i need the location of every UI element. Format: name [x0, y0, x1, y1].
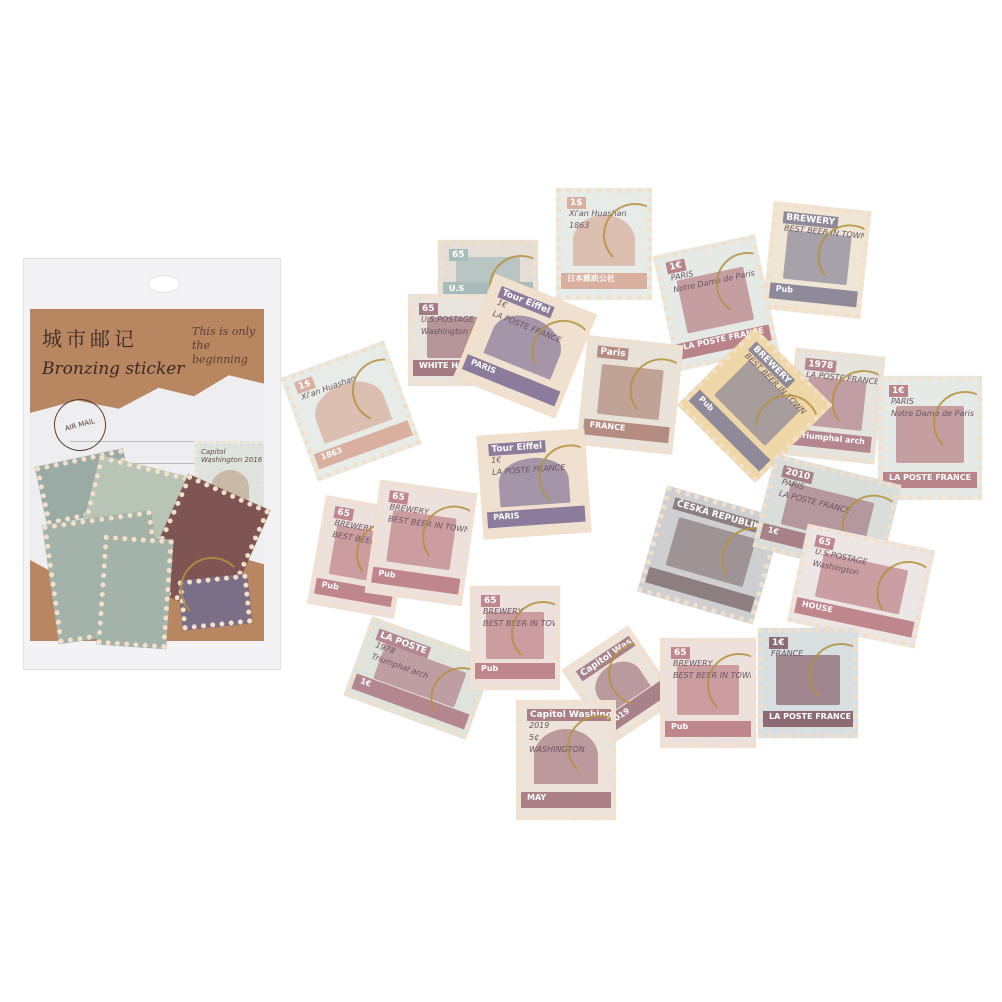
stamp-text: 65	[449, 249, 468, 261]
stamp-sticker-xian-2: 1$Xi'an Huashan1863	[281, 341, 422, 482]
stamp-text: Washington	[421, 327, 468, 336]
stamp-text: MAY	[527, 790, 546, 806]
stamp-text: Tour Eiffel	[488, 440, 546, 456]
stamp-text: 65	[481, 595, 500, 607]
hang-hole	[148, 275, 180, 293]
stamp-text: PARIS	[468, 354, 498, 379]
stamp-text: Pub	[671, 719, 688, 735]
stamp-sticker-eiffel-2: Tour Eiffel1€LA POSTE FRANCEPARIS	[477, 428, 592, 539]
stamp-text: PARIS	[891, 397, 914, 406]
stamp-text: 65	[671, 647, 690, 659]
stamp-text: 1€	[889, 385, 908, 397]
stamp-sticker-notre-dame-right: 1€PARISNotre Dame de ParisLA POSTE FRANC…	[878, 376, 982, 500]
stamp-text: Pub	[377, 565, 396, 583]
stamp-text: 1€	[769, 637, 788, 649]
package-handwriting: This is only the beginning	[192, 325, 262, 367]
stamp-text: 1$	[567, 197, 586, 209]
stamp-sticker-arc-paris: ParisFRANCE	[577, 335, 684, 454]
stamp-text: PARIS	[493, 509, 520, 527]
stamp-text: 2019	[529, 721, 549, 730]
stamp-text: 日本郵政公社	[567, 271, 615, 287]
stamp-sticker-brewery-pink-4: 65BREWERYBEST BEER IN TOWNPub	[660, 638, 756, 748]
stamp-sticker-capitol-5c: Capitol Washington20195¢WASHINGTONMAY	[516, 700, 616, 820]
stamp-text: Pub	[320, 577, 340, 596]
stamp-text: Paris	[597, 345, 629, 360]
stamp-sticker-brewery-pink-3: 65BREWERYBEST BEER IN TOWNPub	[470, 586, 560, 690]
stamp-sticker-xian-1: 1$Xi'an Huashan1863日本郵政公社	[556, 188, 652, 300]
stamp-text: FRANCE	[771, 649, 803, 658]
package-title-english: Bronzing sticker	[42, 359, 184, 379]
stamp-text: 5¢	[529, 733, 539, 742]
stamp-text: Pub	[775, 281, 794, 299]
stamp-sticker-france-flag: 1€FRANCELA POSTE FRANCE	[758, 628, 858, 738]
product-photo: 城市邮记 Bronzing sticker This is only the b…	[0, 0, 1002, 1002]
stamp-text: U.S.POSTAGE	[421, 315, 474, 324]
stamp-text: LA POSTE FRANCE	[769, 709, 851, 725]
sticker-package: 城市邮记 Bronzing sticker This is only the b…	[23, 258, 281, 670]
stamp-sticker-brewery-pink-2: 65BREWERYBEST BEER IN TOWNPub	[365, 480, 478, 607]
stamp-text: BREWERY	[673, 659, 713, 668]
packaged-sticker-pile	[30, 447, 262, 647]
stamp-sticker-ceska-republika: ČESKÁ REPUBLIKA	[637, 486, 783, 625]
package-title-chinese: 城市邮记	[42, 323, 138, 352]
stamp-text: LA POSTE FRANCE	[889, 470, 971, 486]
stamp-text: 1€	[491, 455, 502, 465]
stamp-text: Pub	[481, 661, 498, 677]
stamp-text: 1863	[569, 221, 589, 230]
stamp-sticker-brewery-grey: BREWERYBEST BEER IN TOWNPub	[763, 201, 872, 319]
stamp-text: 1863	[319, 443, 345, 466]
stamp-text: 65	[419, 303, 438, 315]
